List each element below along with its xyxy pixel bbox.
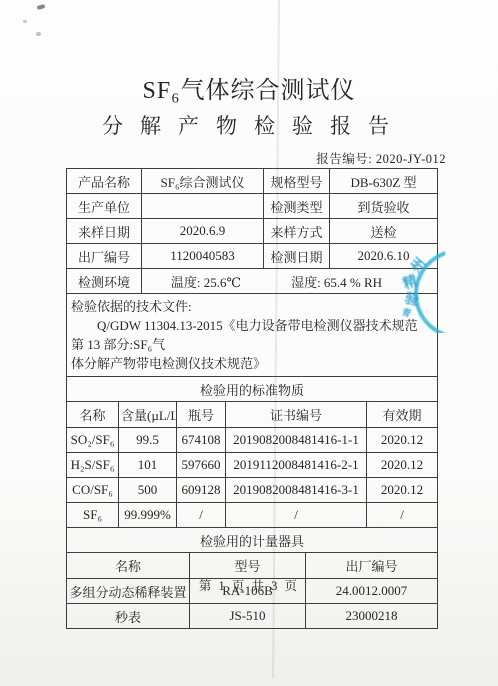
info-label: 生产单位	[67, 194, 142, 219]
material-name: SO₂/SF₆	[67, 428, 119, 453]
table-row: 生产单位 检测类型 到货验收	[67, 194, 438, 219]
info-value: DB-630Z 型	[330, 169, 438, 194]
bottle-number: /	[177, 503, 226, 528]
table-row: 检验依据的技术文件: Q/GDW 11304.13-2015《电力设备带电检测仪…	[67, 294, 438, 377]
report-body: 产品名称 SF₆综合测试仪 规格型号 DB-630Z 型 生产单位 检测类型 到…	[66, 168, 437, 629]
basis-text-line1: Q/GDW 11304.13-2015《电力设备带电检测仪器技术规范 第 13 …	[71, 316, 431, 354]
basic-info-table: 产品名称 SF₆综合测试仪 规格型号 DB-630Z 型 生产单位 检测类型 到…	[66, 168, 438, 377]
table-row: 秒表 JS-510 23000218	[67, 604, 438, 629]
temperature-value: 温度: 25.6℃	[171, 272, 241, 291]
material-name: CO/SF₆	[67, 478, 119, 503]
info-value: 2020.6.9	[142, 219, 264, 244]
scan-speck	[36, 32, 41, 36]
technical-basis-cell: 检验依据的技术文件: Q/GDW 11304.13-2015《电力设备带电检测仪…	[67, 294, 438, 377]
table-row: 产品名称 SF₆综合测试仪 规格型号 DB-630Z 型	[67, 169, 438, 194]
report-number-line: 报告编号: 2020-JY-012	[66, 149, 446, 167]
report-title-line1: SF₆气体综合测试仪	[0, 70, 498, 105]
info-label: 检测类型	[264, 194, 330, 219]
basis-label: 检验依据的技术文件:	[71, 297, 431, 316]
page-number: 第 1 页 共 3 页	[0, 576, 498, 594]
column-header: 证书编号	[226, 402, 367, 428]
humidity-value: 湿度: 65.4 % RH	[291, 272, 382, 291]
validity-date: 2020.12	[367, 453, 438, 478]
table-row: SO₂/SF₆ 99.5 674108 2019082008481416-1-1…	[67, 428, 438, 453]
validity-date: 2020.12	[367, 428, 438, 453]
bottle-number: 609128	[177, 478, 226, 503]
certificate-number: 2019082008481416-3-1	[226, 478, 367, 503]
material-content: 101	[119, 453, 177, 478]
scan-speck	[37, 4, 46, 10]
column-header: 名称	[67, 553, 190, 579]
info-label: 来样方式	[264, 219, 330, 244]
validity-date: /	[367, 503, 438, 528]
validity-date: 2020.12	[367, 478, 438, 503]
table-row: 来样日期 2020.6.9 来样方式 送检	[67, 219, 438, 244]
column-header: 型号	[190, 553, 306, 579]
scanned-report-page: SF₆气体综合测试仪 分解产物检验报告 报告编号: 2020-JY-012 产品…	[0, 0, 498, 686]
table-row: 检验用的标准物质	[67, 377, 438, 402]
instruments-section-title: 检验用的计量器具	[67, 528, 438, 553]
standards-section-title: 检验用的标准物质	[67, 377, 438, 402]
table-row: 出厂编号 1120040583 检测日期 2020.6.10	[67, 244, 438, 269]
table-header-row: 名称 含量(µL/L) 瓶号 证书编号 有效期	[67, 402, 438, 428]
info-value: 2020.6.10	[330, 244, 438, 269]
certificate-number: 2019082008481416-1-1	[226, 428, 367, 453]
info-label: 规格型号	[264, 169, 330, 194]
bottle-number: 597660	[177, 453, 226, 478]
column-header: 含量(µL/L)	[119, 402, 177, 428]
info-label: 检测日期	[264, 244, 330, 269]
column-header: 名称	[67, 402, 119, 428]
info-value	[142, 194, 264, 219]
info-label: 来样日期	[67, 219, 142, 244]
certificate-number: 2019112008481416-2-1	[226, 453, 367, 478]
table-row: 检测环境 温度: 25.6℃ 湿度: 65.4 % RH	[67, 269, 438, 294]
instrument-serial: 23000218	[306, 604, 438, 629]
info-label: 出厂编号	[67, 244, 142, 269]
table-row: SF₆ 99.999% / / /	[67, 503, 438, 528]
table-header-row: 名称 型号 出厂编号	[67, 553, 438, 579]
certificate-number: /	[226, 503, 367, 528]
table-row: 检验用的计量器具	[67, 528, 438, 553]
material-content: 500	[119, 478, 177, 503]
basis-text-line2: 体分解产物带电检测仪技术规范》	[71, 354, 431, 373]
standard-materials-table: 检验用的标准物质 名称 含量(µL/L) 瓶号 证书编号 有效期 SO₂/SF₆…	[66, 376, 438, 528]
scan-speck	[23, 20, 27, 23]
report-number-label: 报告编号:	[316, 152, 372, 166]
info-value: SF₆综合测试仪	[142, 169, 264, 194]
column-header: 出厂编号	[306, 553, 438, 579]
info-value: 送检	[330, 219, 438, 244]
info-label: 检测环境	[67, 269, 142, 294]
bottle-number: 674108	[177, 428, 226, 453]
report-number-value: 2020-JY-012	[376, 152, 446, 166]
info-value: 到货验收	[330, 194, 438, 219]
info-label: 产品名称	[67, 169, 142, 194]
instrument-model: JS-510	[190, 604, 306, 629]
environment-cell: 温度: 25.6℃ 湿度: 65.4 % RH	[142, 269, 438, 294]
instrument-name: 秒表	[67, 604, 190, 629]
table-row: H₂S/SF₆ 101 597660 2019112008481416-2-1 …	[67, 453, 438, 478]
material-content: 99.5	[119, 428, 177, 453]
table-row: CO/SF₆ 500 609128 2019082008481416-3-1 2…	[67, 478, 438, 503]
material-name: H₂S/SF₆	[67, 453, 119, 478]
material-name: SF₆	[67, 503, 119, 528]
column-header: 有效期	[367, 402, 438, 428]
column-header: 瓶号	[177, 402, 226, 428]
info-value: 1120040583	[142, 244, 264, 269]
material-content: 99.999%	[119, 503, 177, 528]
report-title-line2: 分解产物检验报告	[0, 110, 498, 140]
